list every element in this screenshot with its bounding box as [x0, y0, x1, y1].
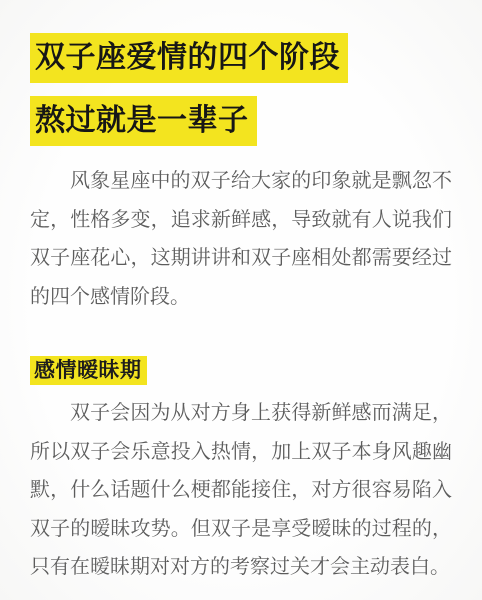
- title-line-2-highlight: 熬过就是一辈子: [30, 96, 257, 146]
- title-line-2: 熬过就是一辈子: [30, 96, 452, 146]
- section-heading-ambiguous-stage: 感情暧昧期: [30, 356, 452, 385]
- intro-paragraph: 风象星座中的双子给大家的印象就是飘忽不定，性格多变，追求新鲜感，导致就有人说我们…: [30, 162, 452, 316]
- poster-page: 双子座爱情的四个阶段 熬过就是一辈子 风象星座中的双子给大家的印象就是飘忽不定，…: [0, 0, 482, 600]
- section-heading-highlight: 感情暧昧期: [30, 356, 147, 385]
- section-paragraph-ambiguous-stage: 双子会因为从对方身上获得新鲜感而满足，所以双子会乐意投入热情，加上双子本身风趣幽…: [30, 394, 452, 587]
- title-line-1-highlight: 双子座爱情的四个阶段: [30, 33, 348, 83]
- page-title: 双子座爱情的四个阶段 熬过就是一辈子: [30, 33, 452, 146]
- title-line-1: 双子座爱情的四个阶段: [30, 33, 452, 83]
